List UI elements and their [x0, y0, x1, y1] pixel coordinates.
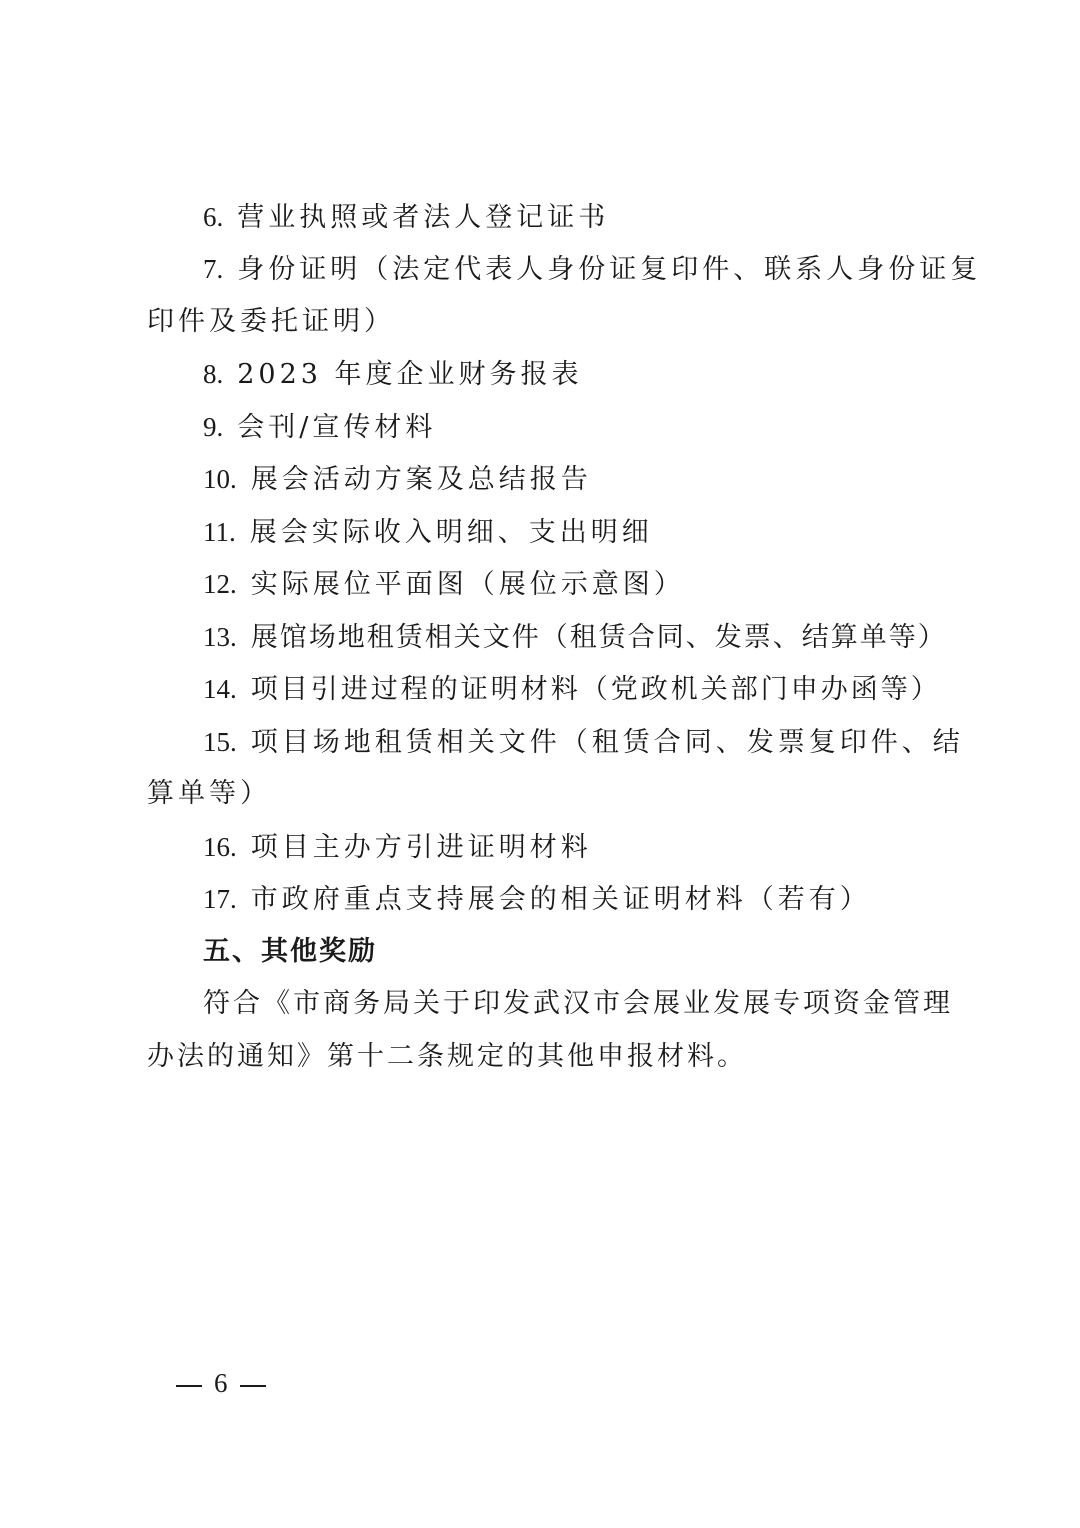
dash-right: [240, 1385, 266, 1387]
list-item-13: 13.展馆场地租赁相关文件（租赁合同、发票、结算单等）: [203, 620, 947, 655]
item-number: 9.: [203, 412, 223, 442]
item-text: 2023 年度企业财务报表: [237, 359, 582, 390]
item-text: 算单等）: [147, 778, 271, 809]
page-number: 6: [214, 1368, 228, 1398]
list-item-15: 15.项目场地租赁相关文件（租赁合同、发票复印件、结: [203, 725, 964, 760]
item-text: 展馆场地租赁相关文件（租赁合同、发票、结算单等）: [251, 622, 947, 653]
item-text: 实际展位平面图（展位示意图）: [251, 569, 685, 600]
list-item-8: 8.2023 年度企业财务报表: [203, 357, 583, 392]
item-number: 10.: [203, 464, 237, 494]
item-number: 17.: [203, 884, 237, 914]
item-text: 项目场地租赁相关文件（租赁合同、发票复印件、结: [251, 727, 964, 758]
item-number: 14.: [203, 674, 237, 704]
list-item-12: 12.实际展位平面图（展位示意图）: [203, 567, 685, 602]
item-number: 8.: [203, 359, 223, 389]
list-item-10: 10.展会活动方案及总结报告: [203, 462, 592, 497]
item-text: 会刊/宣传材料: [237, 412, 436, 443]
section-paragraph-line-1: 符合《市商务局关于印发武汉市会展业发展专项资金管理: [203, 987, 953, 1021]
list-item-14: 14.项目引进过程的证明材料（党政机关部门申办函等）: [203, 672, 941, 707]
item-number: 13.: [203, 622, 237, 652]
item-text: 营业执照或者法人登记证书: [237, 202, 609, 233]
item-text: 印件及委托证明）: [147, 306, 395, 337]
list-item-16: 16.项目主办方引进证明材料: [203, 830, 592, 865]
list-item-15-continuation: 算单等）: [147, 777, 271, 811]
list-item-7: 7.身份证明（法定代表人身份证复印件、联系人身份证复: [203, 252, 981, 287]
item-number: 12.: [203, 569, 237, 599]
item-text: 展会实际收入明细、支出明细: [250, 517, 653, 548]
item-text: 项目主办方引进证明材料: [251, 832, 592, 863]
item-text: 身份证明（法定代表人身份证复印件、联系人身份证复: [237, 254, 981, 285]
item-text: 展会活动方案及总结报告: [251, 464, 592, 495]
list-item-9: 9.会刊/宣传材料: [203, 410, 436, 445]
section-heading: 五、其他奖励: [203, 935, 377, 969]
list-item-7-continuation: 印件及委托证明）: [147, 305, 395, 339]
list-item-6: 6.营业执照或者法人登记证书: [203, 200, 609, 235]
page-footer: 6: [176, 1368, 266, 1399]
item-number: 16.: [203, 832, 237, 862]
item-text: 项目引进过程的证明材料（党政机关部门申办函等）: [251, 674, 941, 705]
dash-left: [176, 1385, 202, 1387]
section-paragraph-line-2: 办法的通知》第十二条规定的其他申报材料。: [147, 1040, 747, 1074]
document-page: 6.营业执照或者法人登记证书 7.身份证明（法定代表人身份证复印件、联系人身份证…: [0, 0, 1080, 1528]
item-number: 11.: [203, 517, 236, 547]
list-item-17: 17.市政府重点支持展会的相关证明材料（若有）: [203, 882, 871, 917]
list-item-11: 11.展会实际收入明细、支出明细: [203, 515, 653, 550]
item-number: 7.: [203, 254, 223, 284]
item-number: 15.: [203, 727, 237, 757]
item-text: 市政府重点支持展会的相关证明材料（若有）: [251, 884, 871, 915]
item-number: 6.: [203, 202, 223, 232]
